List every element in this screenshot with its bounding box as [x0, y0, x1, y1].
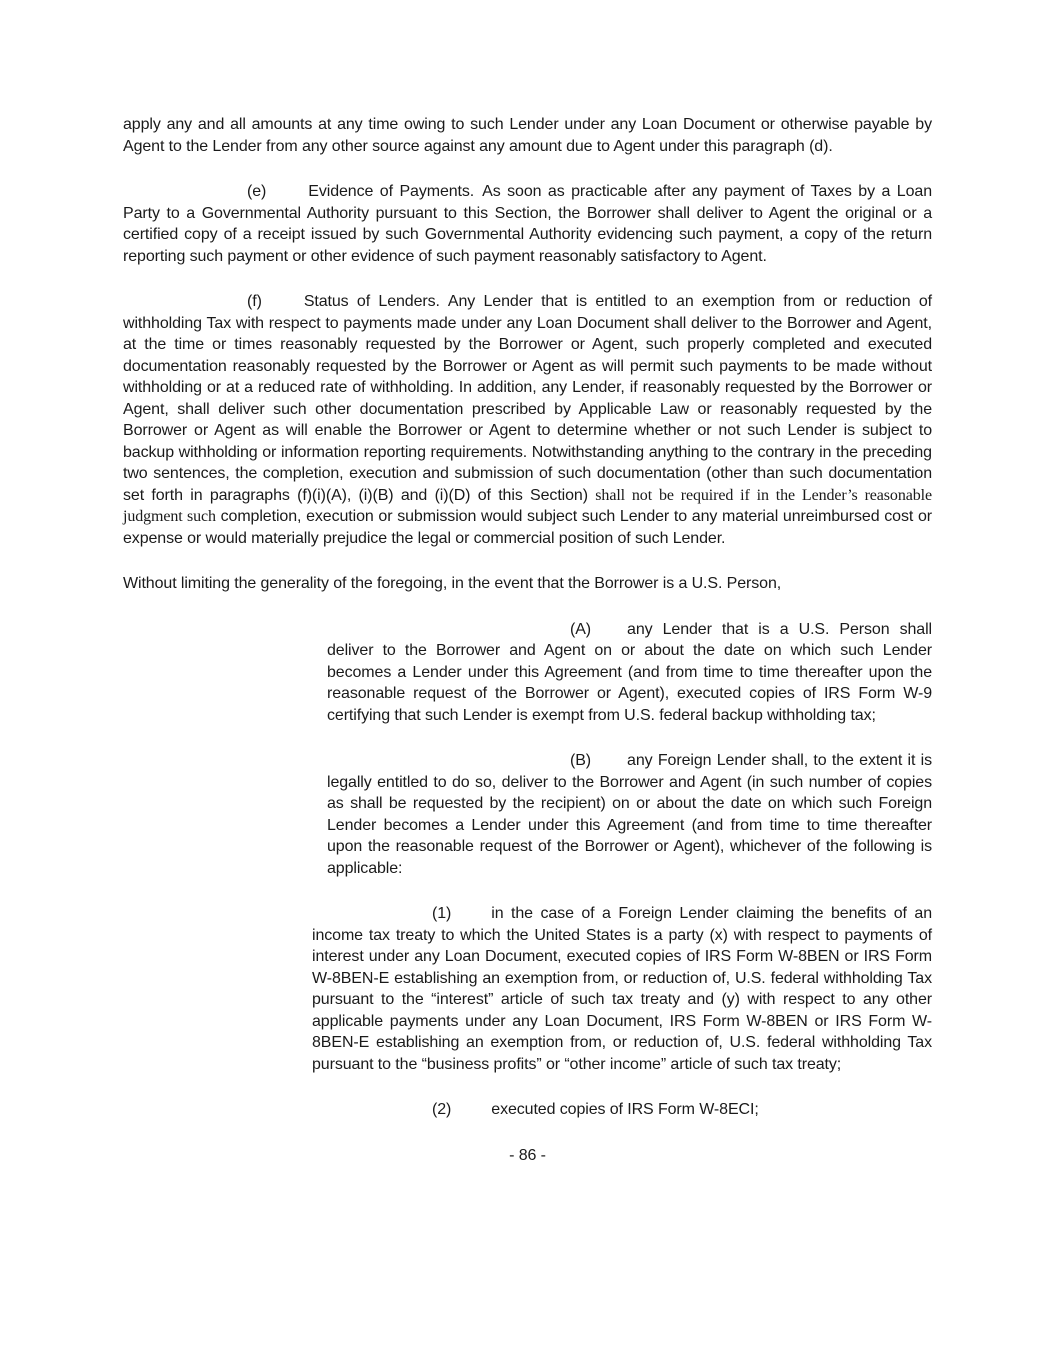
clause-e-heading: Evidence of Payments. [308, 183, 482, 200]
paragraph-continuation: apply any and all amounts at any time ow… [123, 114, 932, 157]
paragraph-clause-A: (A)any Lender that is a U.S. Person shal… [327, 619, 932, 727]
paragraph-clause-2: (2)executed copies of IRS Form W-8ECI; [312, 1099, 932, 1121]
clause-f-body-continued: completion, execution or submission woul… [123, 508, 932, 547]
paragraph-bridge: Without limiting the generality of the f… [123, 573, 932, 595]
clause-a-body: any Lender that is a U.S. Person shall d… [327, 621, 932, 724]
clause-2-body: executed copies of IRS Form W-8ECI; [491, 1101, 758, 1118]
clause-f-body: Any Lender that is entitled to an exempt… [123, 293, 932, 504]
clause-a-label: (A) [570, 621, 627, 638]
clause-e-body: As soon as practicable after any payment… [123, 183, 932, 265]
clause-b-label: (B) [570, 752, 627, 769]
clause-f-label: (f) [247, 293, 304, 310]
paragraph-f: (f)Status of Lenders.Any Lender that is … [123, 291, 932, 549]
document-page: apply any and all amounts at any time ow… [0, 0, 1055, 1365]
clause-b-body: any Foreign Lender shall, to the extent … [327, 752, 932, 877]
clause-f-heading: Status of Lenders. [304, 293, 448, 310]
paragraph-clause-B: (B)any Foreign Lender shall, to the exte… [327, 750, 932, 879]
clause-e-label: (e) [247, 183, 308, 200]
clause-1-label: (1) [432, 905, 491, 922]
clause-1-body: in the case of a Foreign Lender claiming… [312, 905, 932, 1073]
page-number: - 86 - [123, 1145, 932, 1167]
paragraph-e: (e)Evidence of Payments.As soon as pract… [123, 181, 932, 267]
paragraph-clause-1: (1)in the case of a Foreign Lender claim… [312, 903, 932, 1075]
clause-2-label: (2) [432, 1101, 491, 1118]
